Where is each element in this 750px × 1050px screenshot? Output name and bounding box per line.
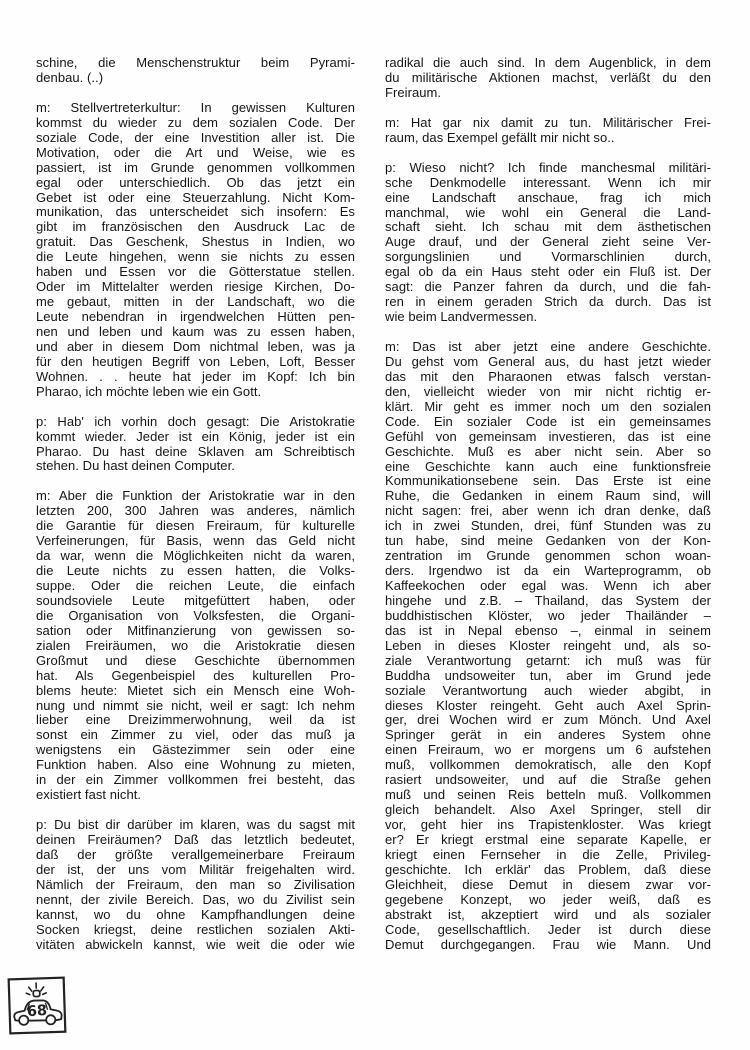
text-line: Leben in dieses Kloster reingeht und, al… [385,639,711,654]
text-line: passiert, ist im Grunde genommen vollkom… [36,161,355,176]
police-car-icon: 68 [6,974,69,1037]
text-line: Springer gerät in ein anderes System ohn… [385,728,711,743]
text-line: soundsoviele Leute mitgefüttert haben, o… [36,594,355,609]
text-line: m: Das ist aber jetzt eine andere Geschi… [385,340,711,355]
text-line: wenigstens ein Gästezimmer sein oder ein… [36,743,355,758]
text-line: muß, vollkommen demokratisch, alle den K… [385,758,711,773]
text-line: soziale Code, der eine Investition aller… [36,131,355,146]
right-column: radikal die auch sind. In dem Augenblick… [385,56,711,968]
text-line: Socken kriegst, deine restlichen soziale… [36,923,355,938]
text-line: die Leute hingehen, wenn sie nichts zu e… [36,250,355,265]
text-line: und aber in diesem Dom nichtmal leben, w… [36,340,355,355]
text-line: buddhistischen Klöster, wo jeder Thailän… [385,609,711,624]
text-line: rasiert undsoweiter, und auf die Straße … [385,773,711,788]
text-line: egal ob da ein Haus steht oder ein Fluß … [385,265,711,280]
text-line: das mit den Pharaonen etwas falsch verst… [385,370,711,385]
text-columns: schine, die Menschenstruktur beim Pyrami… [36,56,711,968]
text-line: Code, gesellschaftlich. Jeder ist durch … [385,923,711,938]
text-line: einen Freiraum, wo er morgens um 6 aufst… [385,743,711,758]
text-line: daß der größte verallgemeinerbare Freira… [36,848,355,863]
text-line: Auge drauf, und der General zieht seine … [385,235,711,250]
left-column: schine, die Menschenstruktur beim Pyrami… [36,56,355,968]
text-line: da war, wenn die Möglichkeiten nicht da … [36,549,355,564]
text-line: nung und nimmt sie nicht, weil er sagt: … [36,699,355,714]
text-line: das ist in Nepal ebenso –, einmal in sei… [385,624,711,639]
text-line: ich in zwei Stunden, drei, fünf Stunden … [385,519,711,534]
text-line: wie beim Landvermessen. [385,310,711,325]
text-line: kommst du wieder zu dem sozialen Code. D… [36,116,355,131]
text-line: geschichte. Ich erklär' das Problem, daß… [385,863,711,878]
paragraph: m: Hat gar nix damit zu tun. Militärisch… [385,116,711,146]
text-line: abstrakt ist, akzeptiert wird und als so… [385,908,711,923]
paragraph: m: Aber die Funktion der Aristokratie wa… [36,489,355,803]
text-line: Gebet ist oder eine Steuerzahlung. Nicht… [36,191,355,206]
text-line: sche Denkmodelle interessant. Wenn ich m… [385,176,711,191]
text-line: manchmal, wie wohl ein General die Land- [385,206,711,221]
text-line: Kommunikationsebene sein. Das Erste ist … [385,474,711,489]
text-line: dieses Kloster reingeht. Geht auch Axel … [385,699,711,714]
text-line: Nämlich der Freiraum, den man so Zivilis… [36,878,355,893]
text-line: sagt: die Panzer fahren da durch, und di… [385,280,711,295]
text-line: Wohnen. . . heute hat jeder im Kopf: Ich… [36,370,355,385]
text-line: nen und leben und kaum was zu essen habe… [36,325,355,340]
text-line: Großmut und diese Geschichte übernommen [36,654,355,669]
text-line: der ist, der uns vom Militär freigehalte… [36,863,355,878]
stamp-number: 68 [26,1003,47,1020]
text-line: sorgungslinien und Vormarschlinien durch… [385,250,711,265]
text-line: Oder im Mittelalter werden riesige Kirch… [36,280,355,295]
text-line: p: Du bist dir darüber im klaren, was du… [36,818,355,833]
paragraph: m: Stellvertreterkultur: In gewissen Kul… [36,101,355,400]
paragraph: m: Das ist aber jetzt eine andere Geschi… [385,340,711,952]
text-line: ziale Verantwortung getarnt: ich muß was… [385,654,711,669]
paragraph: p: Hab' ich vorhin doch gesagt: Die Aris… [36,415,355,475]
text-line: sation oder Mitfinanzierung von gewissen… [36,624,355,639]
text-line: ger, drei Wochen wird er zum Mönch. Und … [385,713,711,728]
text-line: Gefühl von gemeinsam investieren, das is… [385,430,711,445]
text-line: gibt im französischen den Ausdruck Lac d… [36,220,355,235]
text-line: in der ein Zimmer vollkommen frei besteh… [36,773,355,788]
text-line: me gebaut, mitten in der Landschaft, wo … [36,295,355,310]
text-line: raum, das Exempel gefällt mir nicht so.. [385,131,711,146]
paragraph: schine, die Menschenstruktur beim Pyrami… [36,56,355,86]
text-line: gratuit. Das Geschenk, Shestus in Indien… [36,235,355,250]
text-line: den, vielleicht wieder von mir nicht ric… [385,385,711,400]
text-line: Buddha undsoweiter tun, aber im Grund je… [385,669,711,684]
text-line: Pharao. Du hast deine Sklaven am Schreib… [36,445,355,460]
text-line: Code. Ein sozialer Code ist ein gemeinsa… [385,415,711,430]
text-line: Du gehst vom General aus, du hast jetzt … [385,355,711,370]
text-line: du militärische Aktionen machst, verläßt… [385,71,711,86]
text-line: lieber eine Dreizimmerwohnung, weil da i… [36,713,355,728]
text-line: Funktion haben. Also eine Wohnung zu mie… [36,758,355,773]
text-line: m: Aber die Funktion der Aristokratie wa… [36,489,355,504]
text-line: stehen. Du hast deinen Computer. [36,459,355,474]
text-line: er? Er kriegt erstmal eine separate Kape… [385,833,711,848]
text-line: kommt wieder. Jeder ist ein König, jeder… [36,430,355,445]
text-line: die Garantie für diesen Freiraum, für ku… [36,519,355,534]
text-line: gegebene Konzept, wo jeder weiß, daß es [385,893,711,908]
page-stamp-68: 68 [6,974,69,1037]
text-line: vitäten abwickeln kannst, wie weit die o… [36,938,355,953]
text-line: für den heutigen Begriff von Leben, Loft… [36,355,355,370]
text-line: die Organisation von Volksfesten, die Or… [36,609,355,624]
text-line: nicht sagen: frei, aber wenn ich dran de… [385,504,711,519]
text-line: m: Stellvertreterkultur: In gewissen Kul… [36,101,355,116]
text-line: zentration im Grunde genommen schon woan… [385,549,711,564]
text-line: blems heute: Mietet sich ein Mensch eine… [36,684,355,699]
text-line: p: Hab' ich vorhin doch gesagt: Die Aris… [36,415,355,430]
text-line: Demut durchgegangen. Frau wie Mann. Und [385,938,711,953]
text-line: vor, geht hier ins Trapistenkloster. Was… [385,818,711,833]
text-line: eine Geschichte kann auch eine funktions… [385,460,711,475]
text-line: existiert fast nicht. [36,788,355,803]
text-line: letzten 200, 300 Jahren was anderes, näm… [36,504,355,519]
text-line: Motivation, oder die Art und Weise, wie … [36,146,355,161]
text-line: hingehe und z.B. – Thailand, das System … [385,594,711,609]
text-line: klärt. Mir geht es immer noch um den soz… [385,400,711,415]
text-line: kriegt einen Fernseher in die Zelle, Pri… [385,848,711,863]
text-line: Verfeinerungen, für Basis, wenn das Geld… [36,534,355,549]
text-line: gleich behandelt. Also Axel Springer, st… [385,803,711,818]
text-line: egal oder unterschiedlich. Ob das jetzt … [36,176,355,191]
text-line: Ruhe, die Gedanken in einem Raum sind, w… [385,489,711,504]
text-line: Freiraum. [385,86,711,101]
text-line: schine, die Menschenstruktur beim Pyrami… [36,56,355,71]
text-line: haben und Essen vor die Götterstatue ste… [36,265,355,280]
text-line: m: Hat gar nix damit zu tun. Militärisch… [385,116,711,131]
text-line: muß und seinen Reis betteln muß. Vollkom… [385,788,711,803]
text-line: tun habe, sind meine Gedanken von der Ko… [385,534,711,549]
text-line: ren in einem geraden Strich da durch. Da… [385,295,711,310]
text-line: ders. Irgendwo ist da ein Warteprogramm,… [385,564,711,579]
text-line: soziale Verantwortung auch wieder abgibt… [385,684,711,699]
text-line: Gleichheit, diese Demut in diesem zwar v… [385,878,711,893]
paragraph: p: Du bist dir darüber im klaren, was du… [36,818,355,952]
text-line: Pharao, ich möchte leben wie ein Gott. [36,385,355,400]
text-line: p: Wieso nicht? Ich finde manchesmal mil… [385,161,711,176]
text-line: suppe. Oder die reichen Leute, die einfa… [36,579,355,594]
text-line: sonst ein Zimmer zu viel, oder das muß j… [36,728,355,743]
text-line: Kaffeekochen oder egal was. Wenn ich abe… [385,579,711,594]
text-line: eine Landschaft anschaue, frag ich mich [385,191,711,206]
text-line: hat. Als Gegenbeispiel des kulturellen P… [36,669,355,684]
scanned-book-page: schine, die Menschenstruktur beim Pyrami… [0,0,750,1050]
paragraph: radikal die auch sind. In dem Augenblick… [385,56,711,101]
text-line: denbau. (..) [36,71,355,86]
text-line: zialen Freiräumen, wo die Aristokratie d… [36,639,355,654]
text-line: schaft sieht. Ich schau mit dem ästhetis… [385,220,711,235]
paragraph: p: Wieso nicht? Ich finde manchesmal mil… [385,161,711,325]
text-line: nennt, der zivile Bereich. Das, wo du Zi… [36,893,355,908]
text-line: deinen Freiräumen? Daß das letztlich bed… [36,833,355,848]
text-line: die Leute nichts zu essen hatten, die Vo… [36,564,355,579]
text-line: Leute nebendran in irgendwelchen Hütten … [36,310,355,325]
text-line: radikal die auch sind. In dem Augenblick… [385,56,711,71]
text-line: munikation, das unterscheidet sich insof… [36,205,355,220]
text-line: Geschichte. Muß es aber nicht sein. Aber… [385,445,711,460]
text-line: kannst, wo du ohne Kampfhandlungen deine [36,908,355,923]
